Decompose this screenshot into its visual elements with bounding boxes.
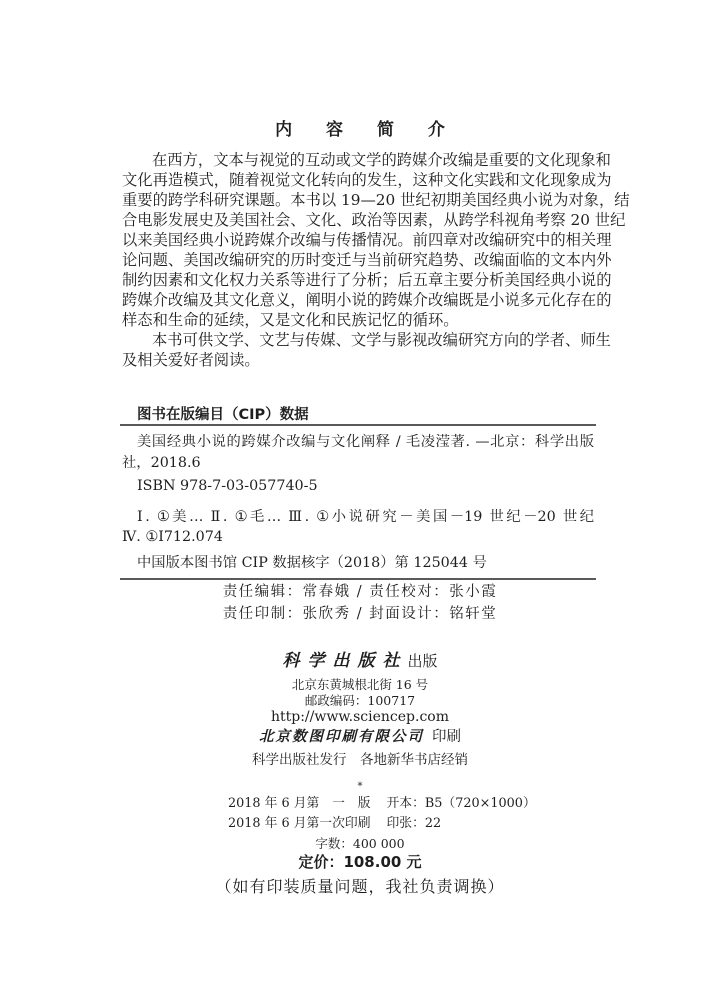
staff-credits-line: 责任编辑：常春娥 / 责任校对：张小霞 xyxy=(0,582,720,602)
intro-title: 内 容 简 介 xyxy=(0,115,720,140)
paragraph-line: 论问题、美国改编研究的历时变迁与当前研究趋势、改编面临的文本内外 xyxy=(122,250,592,270)
edition-date: 2018 年 6 月第 一 版 xyxy=(228,796,371,811)
publisher-url: http://www.sciencep.com xyxy=(0,708,720,726)
paragraph-line: 合电影发展史及美国社会、文化、政治等因素，从跨学科视角考察 20 世纪 xyxy=(122,210,592,230)
edition-format: 开本：B5（720×1000） xyxy=(387,796,536,811)
printing-sheets: 印张：22 xyxy=(387,816,442,831)
price: 定价：108.00 元 xyxy=(0,852,720,872)
paragraph-line: 制约因素和文化权力关系等进行了分析；后五章主要分析美国经典小说的 xyxy=(122,270,592,290)
paragraph-line: 样态和生命的延续，又是文化和民族记忆的循环。 xyxy=(122,310,592,330)
separator-asterisk: * xyxy=(0,778,720,796)
publisher-name: 科学出版社 xyxy=(282,651,407,671)
cip-title-line: 社，2018.6 xyxy=(122,453,594,473)
publisher-line: 科学出版社出版 xyxy=(0,652,720,670)
paragraph-line: 重要的跨学科研究课题。本书以 19—20 世纪初期美国经典小说为对象，结 xyxy=(122,190,592,210)
quality-notice: （如有印装质量问题，我社负责调换） xyxy=(0,876,720,898)
cip-classification-line: Ⅰ. ①美… Ⅱ. ①毛… Ⅲ. ①小说研究－美国－19 世纪－20 世纪 xyxy=(137,507,594,527)
cip-top-rule xyxy=(120,424,596,426)
cip-bottom-rule xyxy=(120,578,596,580)
cip-heading: 图书在版编目（CIP）数据 xyxy=(137,403,309,424)
printing-date: 2018 年 6 月第一次印刷 xyxy=(228,816,371,831)
cip-isbn: ISBN 978-7-03-057740-5 xyxy=(137,476,594,496)
paragraph-line: 文化再造模式，随着视觉文化转向的发生，这种文化实践和文化现象成为 xyxy=(122,170,592,190)
word-count: 字数：400 000 xyxy=(0,835,720,853)
distribution-line: 科学出版社发行 各地新华书店经销 xyxy=(0,751,720,769)
printer-name: 北京数图印刷有限公司 xyxy=(259,728,424,745)
paragraph-line: 本书可供文学、文艺与传媒、文学与影视改编研究方向的学者、师生 xyxy=(152,330,592,350)
paragraph-line: 在西方，文本与视觉的互动或文学的跨媒介改编是重要的文化现象和 xyxy=(152,150,592,170)
publisher-suffix: 出版 xyxy=(407,652,437,670)
paragraph-line: 跨媒介改编及其文化意义，阐明小说的跨媒介改编既是小说多元化存在的 xyxy=(122,290,592,310)
staff-credits-line: 责任印制：张欣秀 / 封面设计：铭轩堂 xyxy=(0,604,720,624)
printer-suffix: 印刷 xyxy=(432,729,461,745)
paragraph-line: 以来美国经典小说跨媒介改编与传播情况。前四章对改编研究中的相关理 xyxy=(122,230,592,250)
cip-classification-line: Ⅳ. ①I712.074 xyxy=(122,527,594,547)
cip-title-line: 美国经典小说的跨媒介改编与文化阐释 / 毛凌滢著. —北京：科学出版 xyxy=(137,432,594,452)
printer-line: 北京数图印刷有限公司印刷 xyxy=(0,727,720,746)
edition-line: 2018 年 6 月第 一 版开本：B5（720×1000） xyxy=(228,795,536,813)
printing-line: 2018 年 6 月第一次印刷印张：22 xyxy=(228,815,441,833)
cip-record-number: 中国版本图书馆 CIP 数据核字（2018）第 125044 号 xyxy=(137,553,594,573)
paragraph-line: 及相关爱好者阅读。 xyxy=(122,350,592,370)
